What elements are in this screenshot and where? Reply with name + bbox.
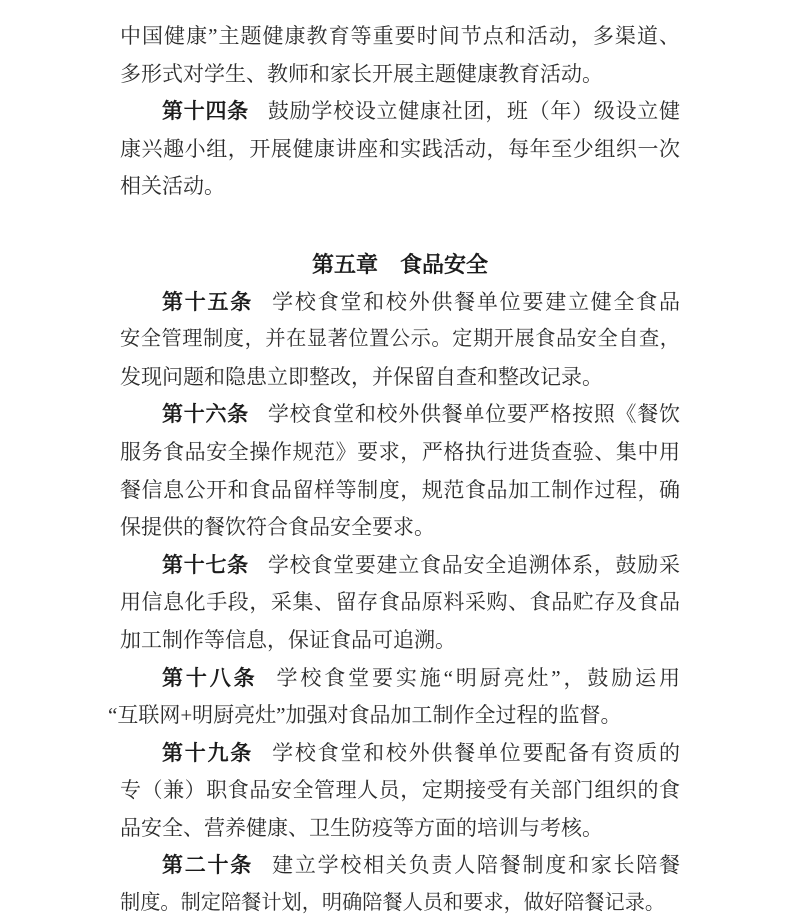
line-text: 学校食堂和校外供餐单位要建立健全食品 xyxy=(272,290,680,314)
body-line: 第十七条学校食堂要建立食品安全追溯体系，鼓励采 xyxy=(120,547,680,585)
body-line: 保提供的餐饮符合食品安全要求。 xyxy=(120,509,680,547)
body-line: 中国健康”主题健康教育等重要时间节点和活动，多渠道、 xyxy=(120,18,680,56)
body-line: 相关活动。 xyxy=(120,168,680,206)
text-block: 中国健康”主题健康教育等重要时间节点和活动，多渠道、 多形式对学生、教师和家长开… xyxy=(120,18,680,923)
body-line: 第十八条学校食堂要实施“明厨亮灶”，鼓励运用 xyxy=(120,660,680,698)
body-line: “互联网+明厨亮灶”加强对食品加工制作全过程的监督。 xyxy=(120,697,680,735)
line-text: 学校食堂和校外供餐单位要严格按照《餐饮 xyxy=(268,402,680,426)
article-number: 第十八条 xyxy=(162,667,258,690)
line-text: 学校食堂要实施“明厨亮灶”，鼓励运用 xyxy=(277,666,681,690)
line-text: 建立学校相关负责人陪餐制度和家长陪餐 xyxy=(272,853,680,877)
body-line: 多形式对学生、教师和家长开展主题健康教育活动。 xyxy=(120,56,680,94)
body-line: 第二十条建立学校相关负责人陪餐制度和家长陪餐 xyxy=(120,847,680,885)
body-line: 发现问题和隐患立即整改，并保留自查和整改记录。 xyxy=(120,359,680,397)
body-line: 品安全、营养健康、卫生防疫等方面的培训与考核。 xyxy=(120,810,680,848)
article-number: 第十四条 xyxy=(162,100,249,123)
body-line: 服务食品安全操作规范》要求，严格执行进货查验、集中用 xyxy=(120,434,680,472)
article-number: 第二十条 xyxy=(162,854,253,877)
body-line: 第十六条学校食堂和校外供餐单位要严格按照《餐饮 xyxy=(120,396,680,434)
article-number: 第十七条 xyxy=(162,554,249,577)
body-line: 专（兼）职食品安全管理人员，定期接受有关部门组织的食 xyxy=(120,772,680,810)
line-text: 学校食堂和校外供餐单位要配备有资质的 xyxy=(272,741,680,765)
line-text: 鼓励学校设立健康社团，班（年）级设立健 xyxy=(268,99,680,123)
article-number: 第十五条 xyxy=(162,291,253,314)
body-line: 安全管理制度，并在显著位置公示。定期开展食品安全自查， xyxy=(120,321,680,359)
body-line: 康兴趣小组，开展健康讲座和实践活动，每年至少组织一次 xyxy=(120,131,680,169)
line-text: 学校食堂要建立食品安全追溯体系，鼓励采 xyxy=(268,553,680,577)
article-number: 第十九条 xyxy=(162,742,253,765)
chapter-heading: 第五章 食品安全 xyxy=(120,246,680,284)
body-line: 用信息化手段，采集、留存食品原料采购、食品贮存及食品 xyxy=(120,584,680,622)
article-number: 第十六条 xyxy=(162,403,249,426)
body-line: 第十九条学校食堂和校外供餐单位要配备有资质的 xyxy=(120,735,680,773)
body-line: 制度。制定陪餐计划，明确陪餐人员和要求，做好陪餐记录。 xyxy=(120,885,680,923)
body-line: 餐信息公开和食品留样等制度，规范食品加工制作过程，确 xyxy=(120,472,680,510)
body-line: 第十五条学校食堂和校外供餐单位要建立健全食品 xyxy=(120,284,680,322)
body-line: 加工制作等信息，保证食品可追溯。 xyxy=(120,622,680,660)
document-page: 中国健康”主题健康教育等重要时间节点和活动，多渠道、 多形式对学生、教师和家长开… xyxy=(0,0,800,924)
body-line: 第十四条鼓励学校设立健康社团，班（年）级设立健 xyxy=(120,93,680,131)
